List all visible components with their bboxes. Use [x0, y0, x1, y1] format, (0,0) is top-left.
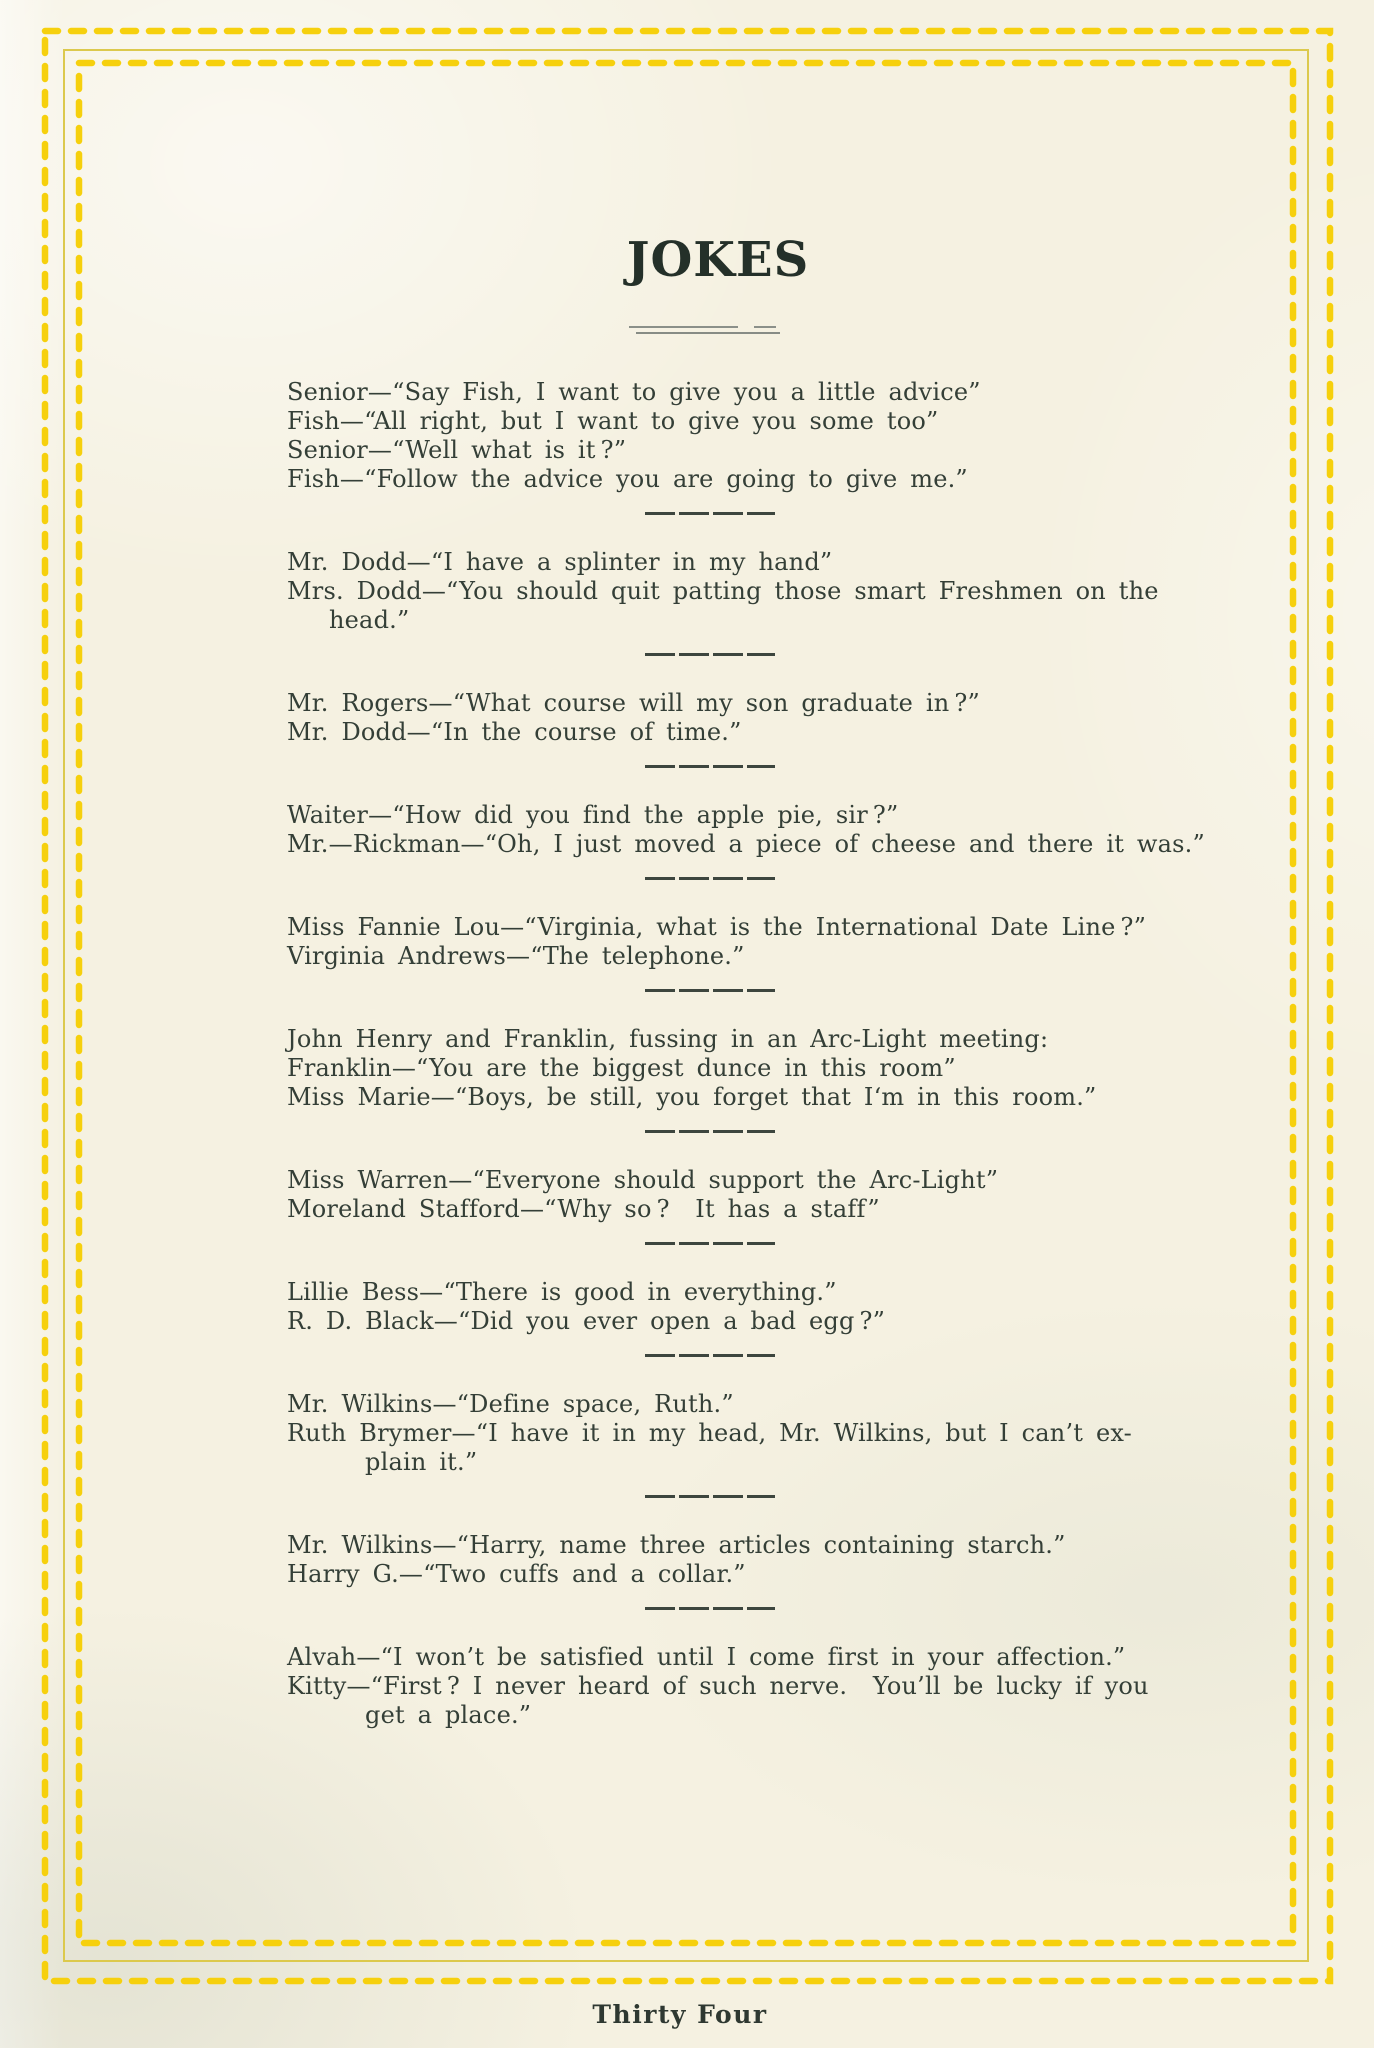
yearbook-page: JOKES Senior—“Say Fish, I want to give y… — [0, 0, 1374, 2048]
joke-line: Alvah—“I won’t be satisfied until I come… — [287, 1643, 1149, 1672]
joke-line: John Henry and Franklin, fussing in an A… — [287, 1025, 1149, 1054]
joke-line: Mr.—Rickman—“Oh, I just moved a piece of… — [287, 830, 1149, 859]
joke-line: Waiter—“How did you find the apple pie, … — [287, 801, 1149, 830]
joke-block: Mr. Rogers—“What course will my son grad… — [287, 689, 1149, 747]
joke-line: Ruth Brymer—“I have it in my head, Mr. W… — [287, 1419, 1149, 1448]
joke-line: Fish—“Follow the advice you are going to… — [287, 465, 1149, 494]
joke-line: Virginia Andrews—“The telephone.” — [287, 942, 1149, 971]
joke-separator — [645, 1242, 775, 1245]
joke-block: Lillie Bess—“There is good in everything… — [287, 1278, 1149, 1336]
joke-line: Mr. Rogers—“What course will my son grad… — [287, 689, 1149, 718]
joke-line: Mr. Dodd—“I have a splinter in my hand” — [287, 548, 1149, 577]
page-title: JOKES — [287, 0, 1149, 284]
joke-separator — [645, 1354, 775, 1357]
joke-line: Harry G.—“Two cuffs and a collar.” — [287, 1560, 1149, 1589]
joke-block: Mr. Wilkins—“Harry, name three articles … — [287, 1531, 1149, 1589]
joke-line: Lillie Bess—“There is good in everything… — [287, 1278, 1149, 1307]
joke-line: plain it.” — [287, 1448, 1149, 1477]
joke-block: Waiter—“How did you find the apple pie, … — [287, 801, 1149, 859]
joke-separator — [645, 1607, 775, 1610]
joke-line: Mr. Wilkins—“Harry, name three articles … — [287, 1531, 1149, 1560]
title-divider-top-line — [629, 326, 776, 328]
joke-block: Miss Warren—“Everyone should support the… — [287, 1166, 1149, 1224]
joke-line: Miss Warren—“Everyone should support the… — [287, 1166, 1149, 1195]
joke-line: get a place.” — [287, 1701, 1149, 1730]
divider-segment — [629, 326, 738, 328]
joke-line: Senior—“Well what is it ?” — [287, 436, 1149, 465]
joke-separator — [645, 1130, 775, 1133]
joke-line: R. D. Black—“Did you ever open a bad egg… — [287, 1307, 1149, 1336]
joke-separator — [645, 1495, 775, 1498]
joke-line: head.” — [287, 606, 1149, 635]
joke-line: Mr. Dodd—“In the course of time.” — [287, 718, 1149, 747]
joke-separator — [645, 765, 775, 768]
page-number: Thirty Four — [0, 2000, 1360, 2029]
joke-separator — [645, 877, 775, 880]
joke-separator — [645, 512, 775, 515]
joke-line: Fish—“All right, but I want to give you … — [287, 407, 1149, 436]
joke-block: Alvah—“I won’t be satisfied until I come… — [287, 1643, 1149, 1730]
joke-block: Senior—“Say Fish, I want to give you a l… — [287, 378, 1149, 494]
divider-segment — [754, 326, 776, 328]
joke-block: Miss Fannie Lou—“Virginia, what is the I… — [287, 913, 1149, 971]
joke-block: Mr. Wilkins—“Define space, Ruth.” Ruth B… — [287, 1390, 1149, 1477]
joke-line: Franklin—“You are the biggest dunce in t… — [287, 1054, 1149, 1083]
joke-line: Mr. Wilkins—“Define space, Ruth.” — [287, 1390, 1149, 1419]
title-divider — [629, 326, 776, 334]
joke-separator — [645, 653, 775, 656]
joke-block: John Henry and Franklin, fussing in an A… — [287, 1025, 1149, 1112]
joke-separator — [645, 989, 775, 992]
joke-line: Miss Fannie Lou—“Virginia, what is the I… — [287, 913, 1149, 942]
page-content: JOKES Senior—“Say Fish, I want to give y… — [287, 0, 1149, 1730]
jokes-list: Senior—“Say Fish, I want to give you a l… — [287, 378, 1149, 1730]
joke-block: Mr. Dodd—“I have a splinter in my hand” … — [287, 548, 1149, 635]
title-divider-bottom-line — [636, 332, 780, 334]
joke-line: Mrs. Dodd—“You should quit patting those… — [287, 577, 1149, 606]
joke-line: Moreland Stafford—“Why so ? It has a sta… — [287, 1195, 1149, 1224]
joke-line: Senior—“Say Fish, I want to give you a l… — [287, 378, 1149, 407]
joke-line: Miss Marie—“Boys, be still, you forget t… — [287, 1083, 1149, 1112]
joke-line: Kitty—“First ? I never heard of such ner… — [287, 1672, 1149, 1701]
